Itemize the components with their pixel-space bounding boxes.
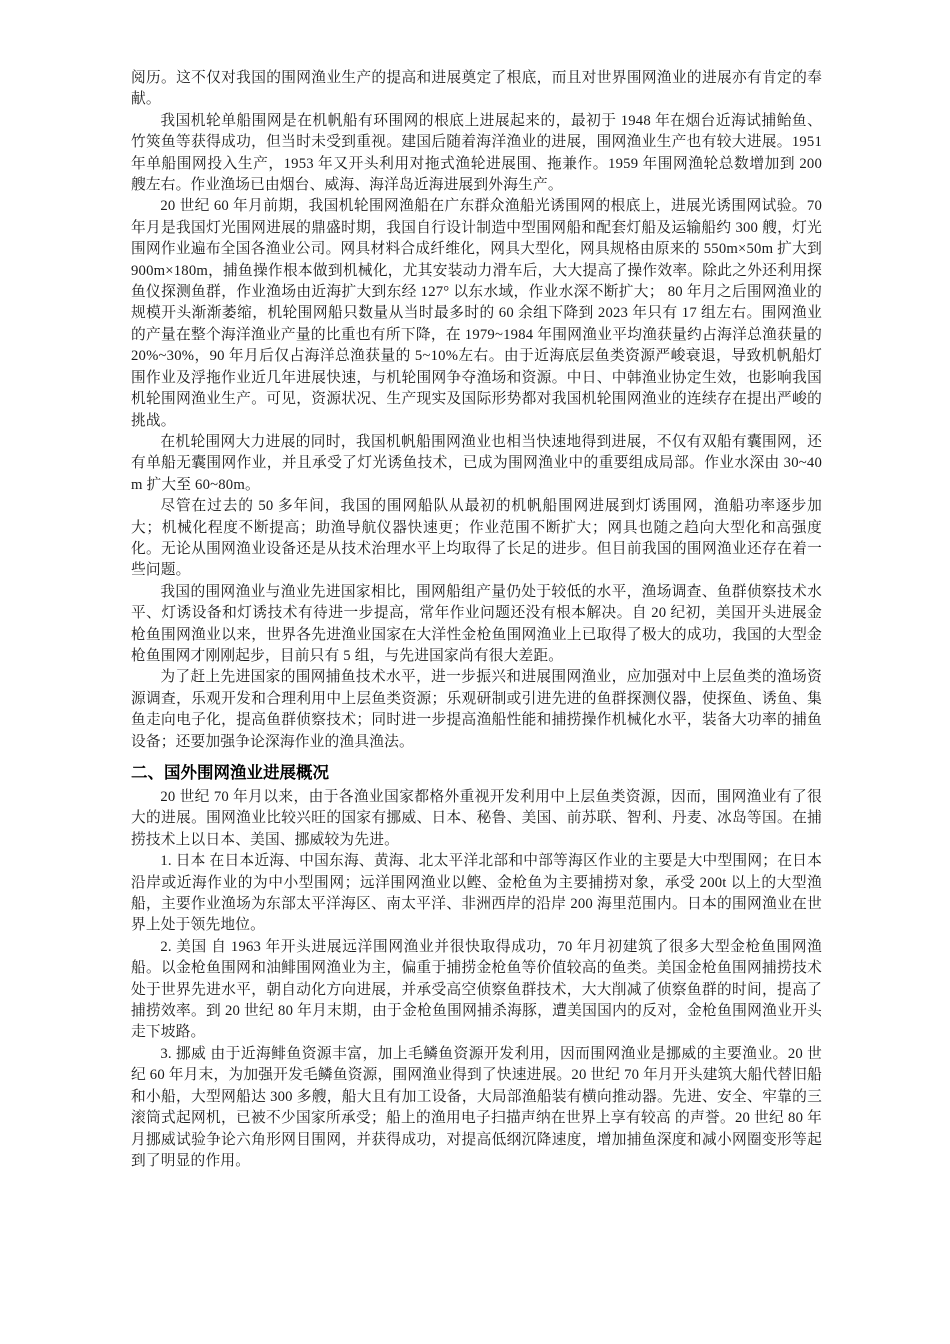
paragraph: 为了赶上先进国家的围网捕鱼技术水平，进一步振兴和进展围网渔业，应加强对中上层鱼类…	[131, 667, 822, 753]
paragraph: 20 世纪 60 年月前期，我国机轮围网渔船在广东群众渔船光诱围网的根底上，进展…	[131, 196, 822, 431]
section-heading: 二、国外围网渔业进展概况	[131, 762, 822, 784]
paragraph: 我国的围网渔业与渔业先进国家相比，围网船组产量仍处于较低的水平，渔场调查、鱼群侦…	[131, 582, 822, 668]
paragraph-continuation: 阅历。这不仅对我国的围网渔业生产的提高和进展奠定了根底，而且对世界围网渔业的进展…	[131, 68, 822, 111]
paragraph: 我国机轮单船围网是在机帆船有环围网的根底上进展起来的，最初于 1948 年在烟台…	[131, 111, 822, 197]
paragraph: 在机轮围网大力进展的同时，我国机帆船围网渔业也相当快速地得到进展，不仅有双船有囊…	[131, 432, 822, 496]
paragraph: 2. 美国 自 1963 年开头进展远洋围网渔业并很快取得成功，70 年月初建筑…	[131, 937, 822, 1044]
paragraph: 尽管在过去的 50 多年间，我国的围网船队从最初的机帆船围网进展到灯诱围网，渔船…	[131, 496, 822, 582]
paragraph: 3. 挪威 由于近海鲱鱼资源丰富，加上毛鳞鱼资源开发利用，因而围网渔业是挪威的主…	[131, 1044, 822, 1172]
paragraph: 1. 日本 在日本近海、中国东海、黄海、北太平洋北部和中部等海区作业的主要是大中…	[131, 851, 822, 937]
document-page: 阅历。这不仅对我国的围网渔业生产的提高和进展奠定了根底，而且对世界围网渔业的进展…	[0, 0, 950, 1344]
paragraph: 20 世纪 70 年月以来，由于各渔业国家都格外重视开发利用中上层鱼类资源，因而…	[131, 787, 822, 851]
